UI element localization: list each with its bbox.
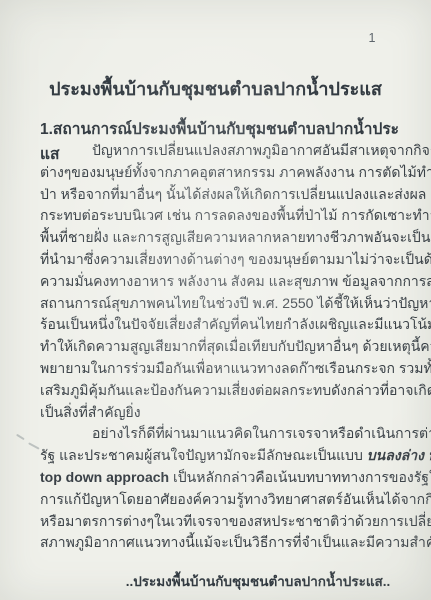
text-run: ต่างๆของมนุษย์ทั้งจากภาคอุตสาหกรรม ภาคพล… [40,164,431,180]
text-run: พื้นที่ชายฝั่ง และการสูญเสียความหลากหลาย… [40,229,431,245]
body-line: รัฐ และประชาคมผู้สนใจปัญหามักจะมีลักษณะเ… [40,445,394,467]
text-run: เป็นหลักกล่าวคือเน้นบทบาททางการของรัฐใน [173,469,431,485]
body-line: ปัญหาการเปลี่ยนแปลงสภาพภูมิอากาศอันมีสาเ… [40,140,394,162]
emphasized-text: top down approach [40,469,173,485]
body-line: หรือมาตรการต่างๆในเวทีเจรจาของสหประชาชาต… [40,511,394,533]
body-line: เป็นสิ่งที่สำคัญยิ่ง [40,402,394,424]
text-run: อย่างไรก็ดีที่ผ่านมาแนวคิดในการเจรจาหรือ… [92,425,431,441]
text-run: ป่า หรือจากที่มาอื่นๆ นั้นได้ส่งผลให้เกิ… [40,186,426,202]
body-text: ปัญหาการเปลี่ยนแปลงสภาพภูมิอากาศอันมีสาเ… [40,140,394,554]
body-line: พื้นที่ชายฝั่ง และการสูญเสียความหลากหลาย… [40,227,394,249]
body-line: อย่างไรก็ดีที่ผ่านมาแนวคิดในการเจรจาหรือ… [40,423,394,445]
text-run: สถานการณ์สุขภาพคนไทยในช่วงปี พ.ศ. 2550 ไ… [40,295,431,311]
text-run: ร้อนเป็นหนึ่งในปัจจัยเสี่ยงสำคัญที่คนไทย… [40,316,431,332]
text-run: เสริมภูมิคุ้มกันและป้องกันความเสี่ยงต่อผ… [40,382,431,398]
body-line: เสริมภูมิคุ้มกันและป้องกันความเสี่ยงต่อผ… [40,380,394,402]
body-line: top down approach เป็นหลักกล่าวคือเน้นบท… [40,467,394,489]
running-footer: ..ประมงพื้นบ้านกับชุมชนตำบลปากน้ำประแส.. [40,570,394,592]
text-run: ปัญหาการเปลี่ยนแปลงสภาพภูมิอากาศอันมีสาเ… [92,142,431,158]
body-line: ที่นำมาซึ่งความเสี่ยงทางด้านต่างๆ ของมนุ… [40,249,394,271]
text-run: พยายามในการร่วมมือกันเพื่อหาแนวทางลดก๊าซ… [40,360,431,376]
pencil-mark-icon [16,432,42,454]
body-line: สภาพภูมิอากาศแนวทางนี้แม้จะเป็นวิธีการที… [40,532,394,554]
text-run: ทำให้เกิดความสูญเสียมากที่สุดเมื่อเทียบก… [40,338,431,354]
body-line: ทำให้เกิดความสูญเสียมากที่สุดเมื่อเทียบก… [40,336,394,358]
body-line: ป่า หรือจากที่มาอื่นๆ นั้นได้ส่งผลให้เกิ… [40,184,394,206]
body-line: ร้อนเป็นหนึ่งในปัจจัยเสี่ยงสำคัญที่คนไทย… [40,314,394,336]
body-line: การแก้ปัญหาโดยอาศัยองค์ความรู้ทางวิทยาศา… [40,489,394,511]
document-title: ประมงพื้นบ้านกับชุมชนตำบลปากน้ำประแส [0,74,431,103]
body-line: กระทบต่อระบบนิเวศ เช่น การลดลงของพื้นที่… [40,205,394,227]
body-line: พยายามในการร่วมมือกันเพื่อหาแนวทางลดก๊าซ… [40,358,394,380]
page-number: 1 [369,31,376,45]
body-line: ความมั่นคงทางอาหาร พลังงาน สังคม และสุขภ… [40,271,394,293]
body-line: สถานการณ์สุขภาพคนไทยในช่วงปี พ.ศ. 2550 ไ… [40,293,394,315]
text-run: สภาพภูมิอากาศแนวทางนี้แม้จะเป็นวิธีการที… [40,534,431,550]
text-run: กระทบต่อระบบนิเวศ เช่น การลดลงของพื้นที่… [40,207,431,223]
text-run: ที่นำมาซึ่งความเสี่ยงทางด้านต่างๆ ของมนุ… [40,251,431,267]
text-run: การแก้ปัญหาโดยอาศัยองค์ความรู้ทางวิทยาศา… [40,491,431,507]
text-run: รัฐ และประชาคมผู้สนใจปัญหามักจะมีลักษณะเ… [40,447,367,463]
text-run: เป็นสิ่งที่สำคัญยิ่ง [40,404,141,420]
document-page: 1 ประมงพื้นบ้านกับชุมชนตำบลปากน้ำประแส 1… [0,0,431,600]
body-line: ต่างๆของมนุษย์ทั้งจากภาคอุตสาหกรรม ภาคพล… [40,162,394,184]
text-run: ความมั่นคงทางอาหาร พลังงาน สังคม และสุขภ… [40,273,431,289]
emphasized-text: บนลงล่าง หรือ [367,447,431,463]
text-run: หรือมาตรการต่างๆในเวทีเจรจาของสหประชาชาต… [40,513,431,529]
